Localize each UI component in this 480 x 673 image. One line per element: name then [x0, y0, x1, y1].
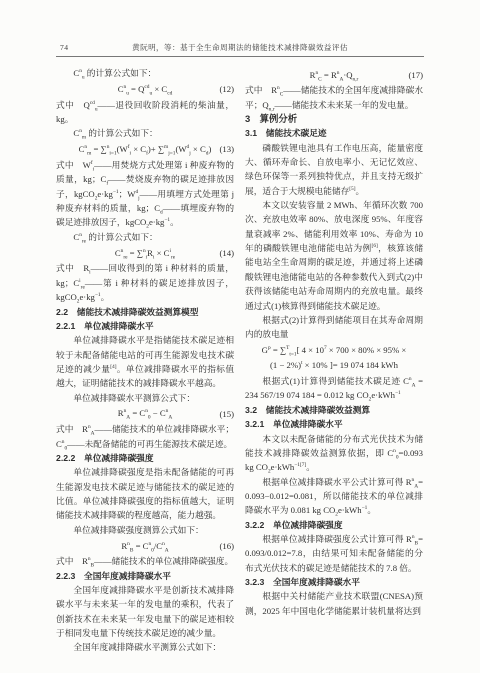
- section-heading: 3.2.2 单位减排降碳强度: [245, 518, 423, 532]
- two-column-body: Cnu 的计算公式如下：Cnu = Qcdu × Ccd(12)式中 Qcdu—…: [56, 66, 424, 655]
- running-title: 黄阮明，等：基于全生命周期法的储能技术减排降碳效益评估: [100, 42, 380, 53]
- formula: RnB = Cn0/CnA(16): [56, 537, 234, 554]
- paragraph: 式中 RnC——储能技术的全国年度减排降碳水平；Qn,r——储能技术未来某一年的…: [245, 83, 423, 112]
- formula-body: Cnu = Qcdu × Ccd: [104, 82, 187, 96]
- paragraph: 式中 Ri——回收得到的第 i 种材料的质量，kg；Cire——第 i 种材料的…: [56, 261, 234, 304]
- paragraph: Cnu 的计算公式如下：: [56, 66, 234, 80]
- section-heading: 2.2.3 全国年度减排降碳水平: [56, 569, 234, 583]
- paragraph: 式中 Wfi——用焚烧方式处理第 i 种废弃物的质量，kg；Cf——焚烧废弃物的…: [56, 158, 234, 230]
- paragraph: Cnm 的计算公式如下：: [56, 126, 234, 140]
- header-rule: [56, 56, 424, 57]
- paragraph: 根据式(2)计算得到储能项目在其寿命周期内的放电量: [245, 313, 423, 342]
- paragraph: 式中 RnA——储能技术的单位减排降碳水平；Cn0——未配备储能的可再生能源技术…: [56, 422, 234, 451]
- paragraph: 全国年度减排降碳水平测算公式如下：: [56, 640, 234, 654]
- formula: Cnm = ∑ni=1(Wfi × Cf)+ ∑mj=1(Wdj × Cd)(1…: [56, 141, 234, 158]
- page-header: 74 黄阮明，等：基于全生命周期法的储能技术减排降碳效益评估: [60, 42, 420, 53]
- page-number: 74: [60, 43, 100, 52]
- paragraph: 根据单位减排降碳强度公式计算可得 RnB= 0.093/0.012=7.8，由结…: [245, 532, 423, 575]
- section-heading: 2.2 储能技术减排降碳效益测算模型: [56, 305, 234, 319]
- paragraph: 单位减排降碳强度测算公式如下：: [56, 523, 234, 537]
- section-heading: 3.2.1 单位减排降碳水平: [245, 417, 423, 431]
- paragraph: 根据式(1)计算得到储能技术碳足迹 CnA = 234 567/19 074 1…: [245, 374, 423, 403]
- formula: RnC = RnA·Qn,r(17): [245, 66, 423, 83]
- formula: RnA = Cn0 − CnA(15): [56, 405, 234, 422]
- paper-page: 74 黄阮明，等：基于全生命周期法的储能技术减排降碳效益评估 Cnu 的计算公式…: [0, 0, 480, 673]
- paragraph: 磷酸铁锂电池具有工作电压高，能量密度大、循环寿命长、自放电率小、无记忆效应、绿色…: [245, 141, 423, 198]
- paragraph: 单位减排降碳强度是指未配备储能的可再生能源发电技术碳足迹与储能技术的碳足迹的比值…: [56, 465, 234, 522]
- section-heading: 2.2.2 单位减排降碳强度: [56, 451, 234, 465]
- equation-number: (12): [220, 82, 234, 96]
- paragraph: 全国年度减排降碳水平是创新技术减排降碳水平与未来某一年的发电量的乘积，代表了创新…: [56, 583, 234, 640]
- paragraph: 式中 RnB——储能技术的单位减排降碳强度。: [56, 554, 234, 568]
- paragraph: 本文以安装容量 2 MWh、年循环次数 700 次、充放电效率 80%、放电深度…: [245, 198, 423, 313]
- formula-line: (1 − 2%)t × 10% ]= 19 074 184 kWh: [245, 358, 423, 373]
- equation-number: (16): [220, 539, 234, 553]
- formula-line: Gp = ∑Tt=1[ 4 × 107 × 700 × 80% × 95% ×: [245, 343, 423, 358]
- formula-body: RnA = Cn0 − CnA: [104, 406, 186, 420]
- paragraph: 式中 Qcdu——退役回收阶段消耗的柴油量，kg。: [56, 98, 234, 127]
- formula: Cnre = ∑niRi × Cire(14): [56, 244, 234, 261]
- paragraph: 单位减排降碳水平测算公式下：: [56, 391, 234, 405]
- formula: Gp = ∑Tt=1[ 4 × 107 × 700 × 80% × 95% ×(…: [245, 342, 423, 375]
- equation-number: (13): [220, 142, 234, 156]
- formula-body: Cnre = ∑niRi × Cire: [101, 246, 189, 260]
- equation-number: (14): [220, 246, 234, 260]
- formula-body: RnC = RnA·Qn,r: [296, 68, 373, 82]
- paragraph: 根据单位减排降碳水平公式计算可得 RnA= 0.093−0.012=0.081，…: [245, 475, 423, 518]
- section-heading: 3.2 储能技术减排降碳效益测算: [245, 403, 423, 417]
- equation-number: (15): [220, 406, 234, 420]
- left-column: Cnu 的计算公式如下：Cnu = Qcdu × Ccd(12)式中 Qcdu—…: [56, 66, 234, 655]
- section-heading: 3 算例分析: [245, 112, 423, 126]
- paragraph: 根据中关村储能产业技术联盟(CNESA)预测，2025 年中国电化学储能累计装机…: [245, 589, 423, 618]
- paragraph: Cnre 的计算公式如下：: [56, 230, 234, 244]
- section-heading: 3.2.3 全国年度减排降碳水平: [245, 575, 423, 589]
- section-heading: 3.1 储能技术碳足迹: [245, 126, 423, 140]
- formula: Cnu = Qcdu × Ccd(12): [56, 80, 234, 97]
- equation-number: (17): [409, 68, 423, 82]
- formula-body: RnB = Cn0/CnA: [107, 539, 182, 553]
- paragraph: 本文以未配备储能的分布式光伏技术为储能技术减排降碳效益测算依据，即 Cn0=0.…: [245, 432, 423, 475]
- right-column: RnC = RnA·Qn,r(17)式中 RnC——储能技术的全国年度减排降碳水…: [245, 66, 423, 655]
- formula-body: Cnm = ∑ni=1(Wfi × Cf)+ ∑mj=1(Wdj × Cd): [65, 142, 226, 156]
- paragraph: 单位减排降碳水平是指储能技术碳足迹相较于未配备储能电站的可再生能源发电技术碳足迹…: [56, 333, 234, 390]
- section-heading: 2.2.1 单位减排降碳水平: [56, 319, 234, 333]
